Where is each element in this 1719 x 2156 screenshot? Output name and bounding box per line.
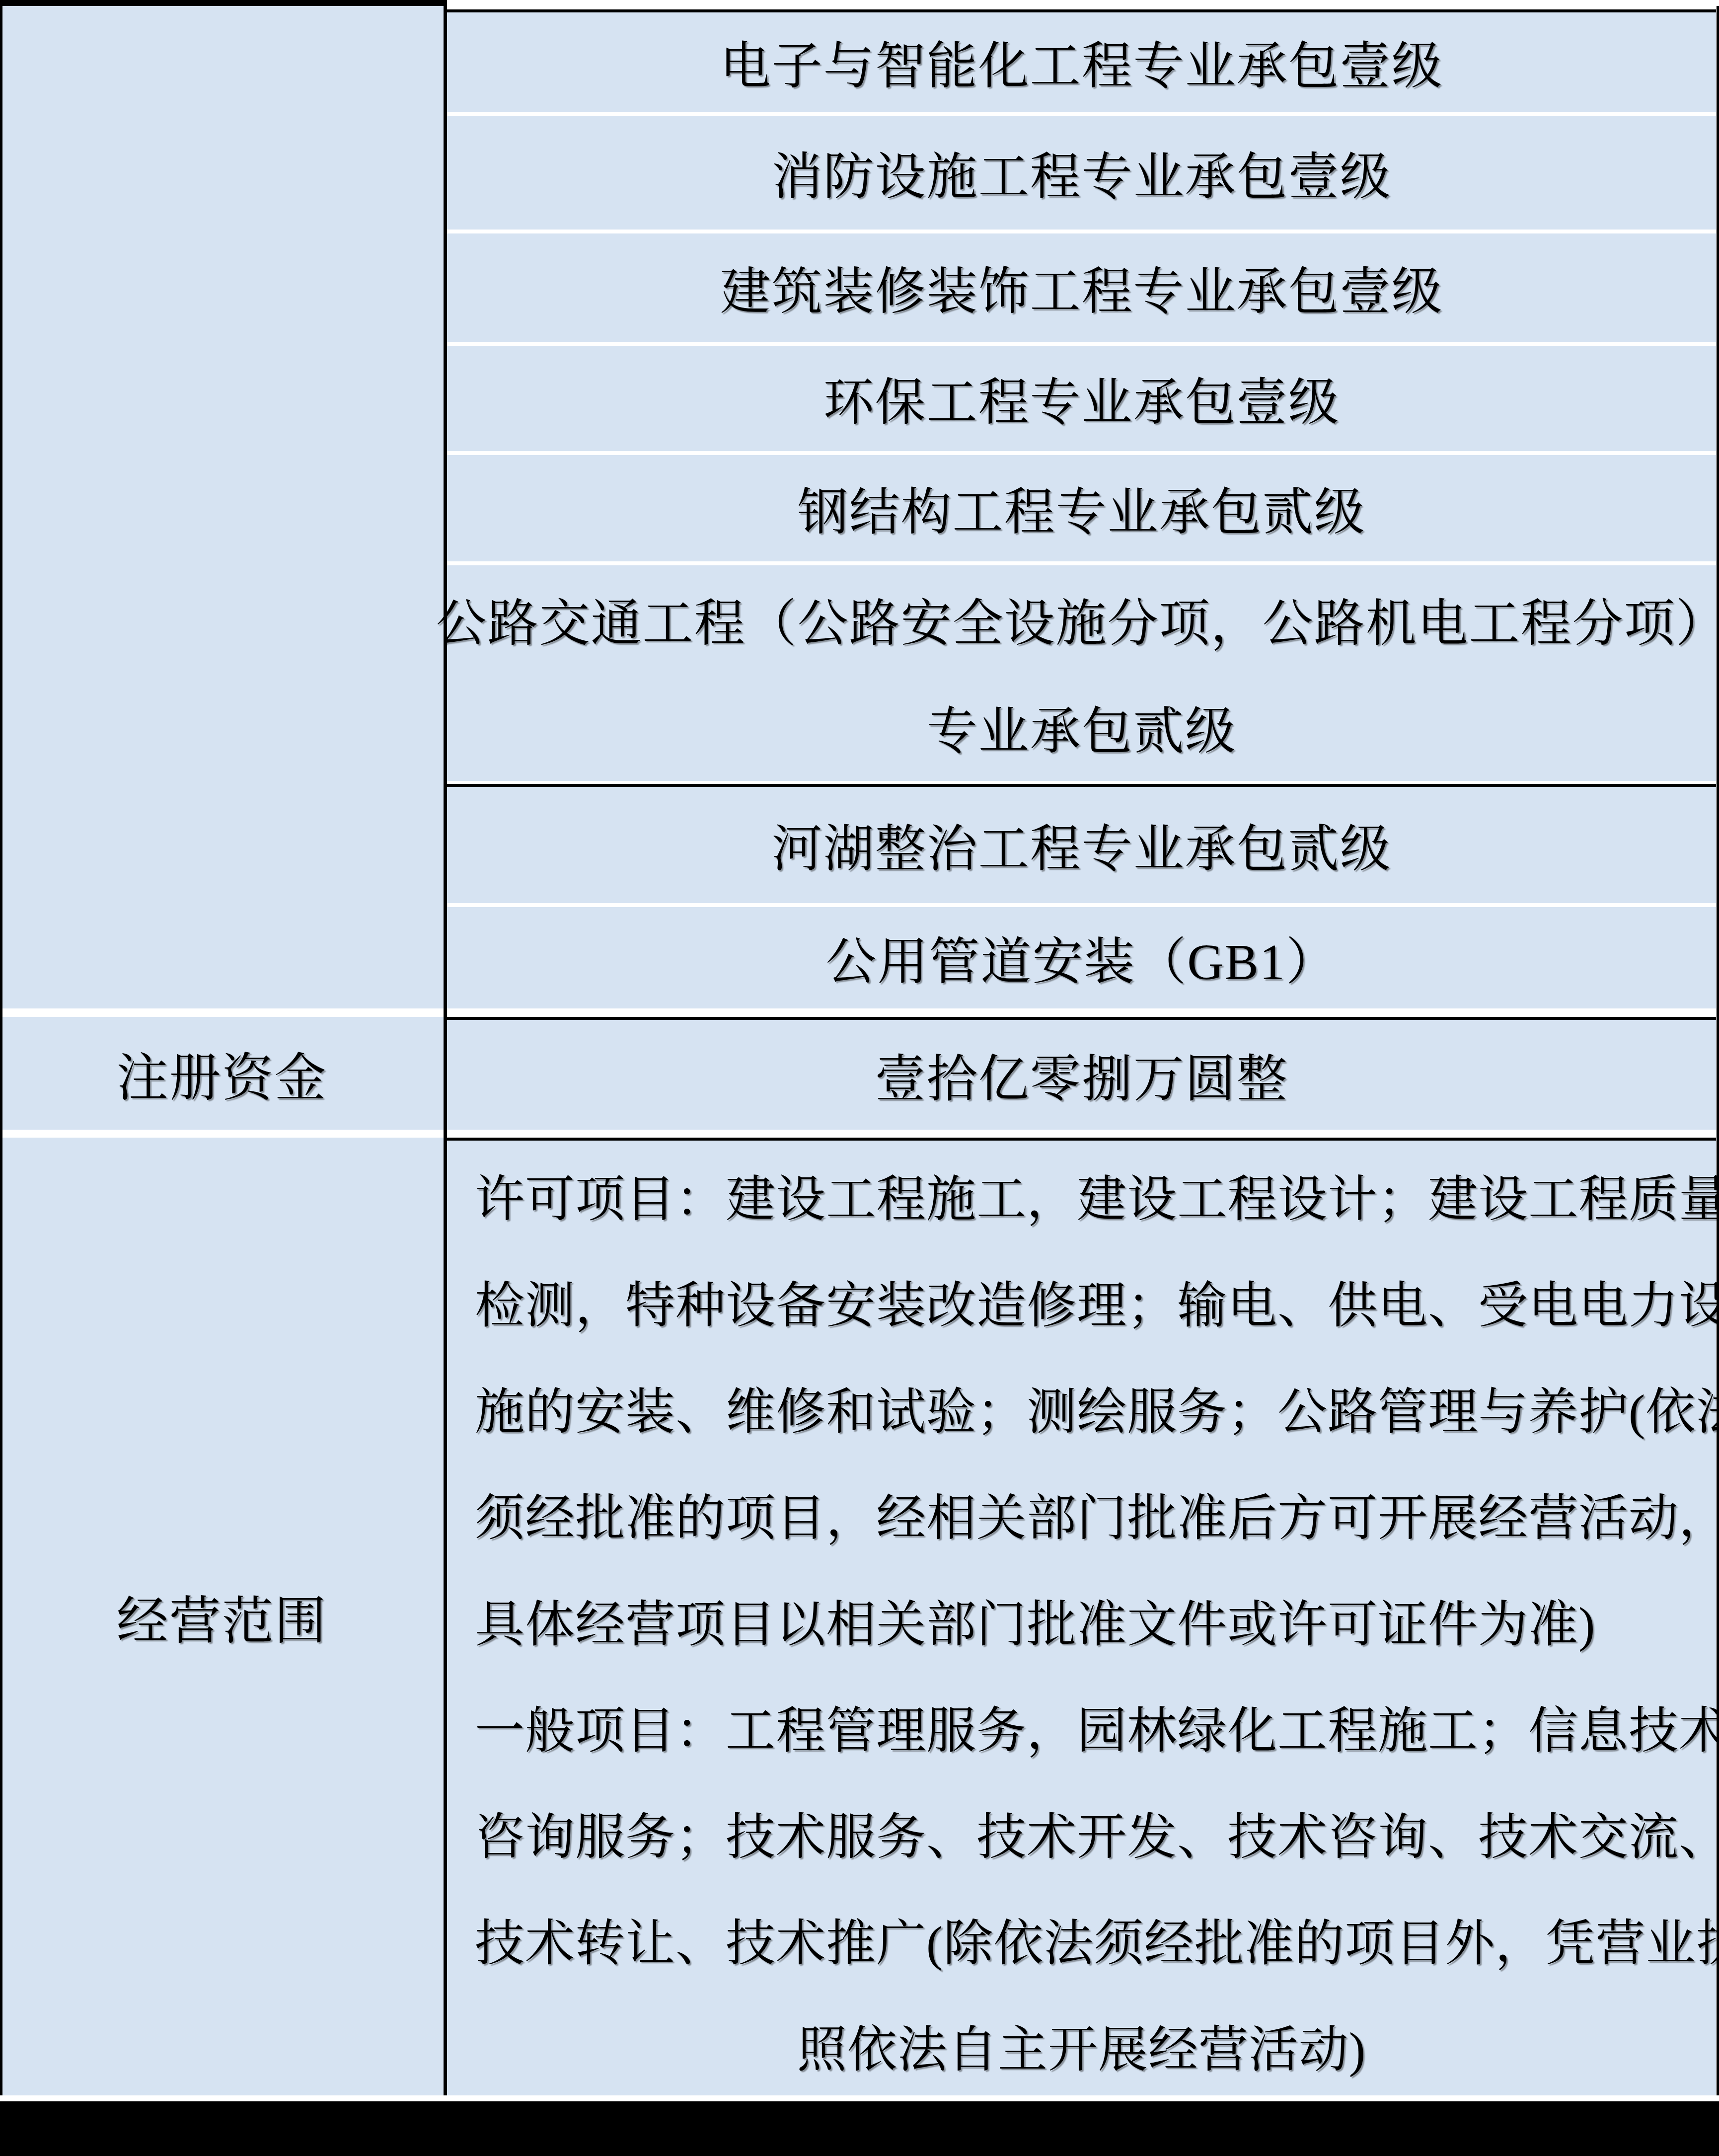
business-scope-line: 技术转让、技术推广(除依法须经批准的项目外，凭营业执: [447, 1886, 1716, 1992]
registered-capital-value: 壹拾亿零捌万圆整: [875, 1039, 1288, 1111]
business-scope-cell: 许可项目：建设工程施工，建设工程设计；建设工程质量 检测，特种设备安装改造修理；…: [447, 1138, 1716, 2095]
qualification-text-line1: 公路交通工程（公路安全设施分项，公路机电工程分项）: [436, 565, 1719, 673]
business-scope-line: 照依法自主开展经营活动): [447, 1992, 1716, 2098]
table-left-border: [0, 6, 2, 2095]
qualification-row: 消防设施工程专业承包壹级: [447, 116, 1716, 230]
business-scope-line: 须经批准的项目，经相关部门批准后方可开展经营活动，: [447, 1461, 1716, 1567]
qualification-text: 环保工程专业承包壹级: [823, 362, 1340, 435]
qualification-text: 建筑装修装饰工程专业承包壹级: [720, 251, 1443, 324]
business-scope-line: 具体经营项目以相关部门批准文件或许可证件为准): [447, 1567, 1716, 1673]
qualification-row: 钢结构工程专业承包贰级: [447, 455, 1716, 561]
business-scope-label-cell: 经营范围: [0, 1138, 444, 2095]
business-scope-line: 咨询服务；技术服务、技术开发、技术咨询、技术交流、: [447, 1779, 1716, 1886]
business-scope-line: 许可项目：建设工程施工，建设工程设计；建设工程质量: [447, 1142, 1716, 1248]
qualification-text-line2: 专业承包贰级: [927, 673, 1237, 781]
qualification-text: 公用管道安装（GB1）: [825, 922, 1338, 994]
qualification-text: 电子与智能化工程专业承包壹级: [720, 26, 1443, 98]
qualification-text: 钢结构工程专业承包贰级: [798, 472, 1366, 544]
bottom-black-bar: [0, 2101, 1719, 2156]
table-right-border: [1717, 6, 1719, 2095]
qualification-row: 建筑装修装饰工程专业承包壹级: [447, 233, 1716, 342]
qualification-row: 环保工程专业承包壹级: [447, 346, 1716, 451]
business-scope-line: 检测，特种设备安装改造修理；输电、供电、受电电力设: [447, 1248, 1716, 1354]
table-top-border-bar: [0, 0, 447, 6]
business-scope-line: 施的安装、维修和试验；测绘服务；公路管理与养护(依法: [447, 1354, 1716, 1461]
business-scope-label: 经营范围: [116, 1579, 327, 1654]
registered-capital-value-cell: 壹拾亿零捌万圆整: [447, 1017, 1716, 1130]
qualification-row: 公用管道安装（GB1）: [447, 907, 1716, 1008]
qualification-row: 河湖整治工程专业承包贰级: [447, 784, 1716, 903]
registered-capital-label: 注册资金: [116, 1036, 327, 1111]
qualification-text: 河湖整治工程专业承包贰级: [772, 809, 1392, 881]
column-divider-line: [444, 6, 447, 2095]
business-scope-line: 一般项目：工程管理服务，园林绿化工程施工；信息技术: [447, 1673, 1716, 1779]
qualification-row-two-line: 公路交通工程（公路安全设施分项，公路机电工程分项） 专业承包贰级: [447, 565, 1716, 781]
qualification-category-cell: [0, 6, 444, 1008]
registered-capital-label-cell: 注册资金: [0, 1017, 444, 1130]
qualification-row: 电子与智能化工程专业承包壹级: [447, 9, 1716, 112]
document-page: 注册资金 经营范围 电子与智能化工程专业承包壹级 消防设施工程专业承包壹级 建筑…: [0, 0, 1719, 2156]
qualification-text: 消防设施工程专业承包壹级: [772, 137, 1392, 209]
